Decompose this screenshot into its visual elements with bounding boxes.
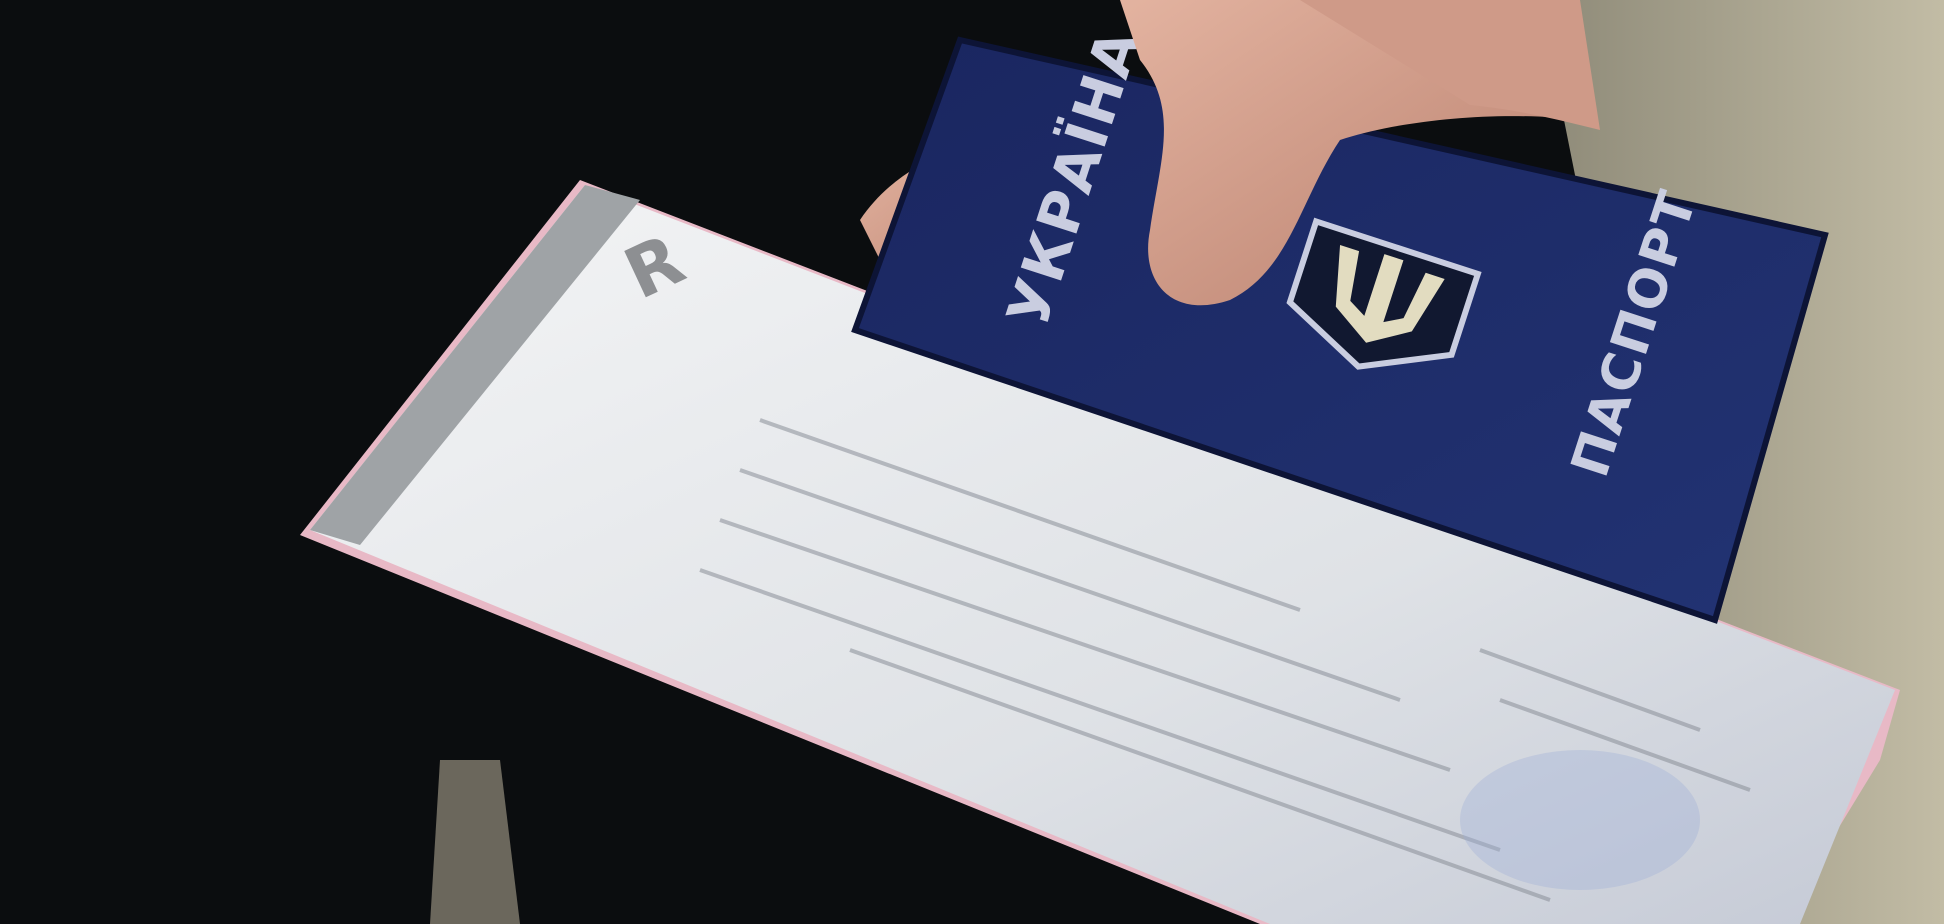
photo-scene: R УКРАЇНА ПАСПОРТ	[0, 0, 1944, 924]
ticket-stamp	[1460, 750, 1700, 890]
